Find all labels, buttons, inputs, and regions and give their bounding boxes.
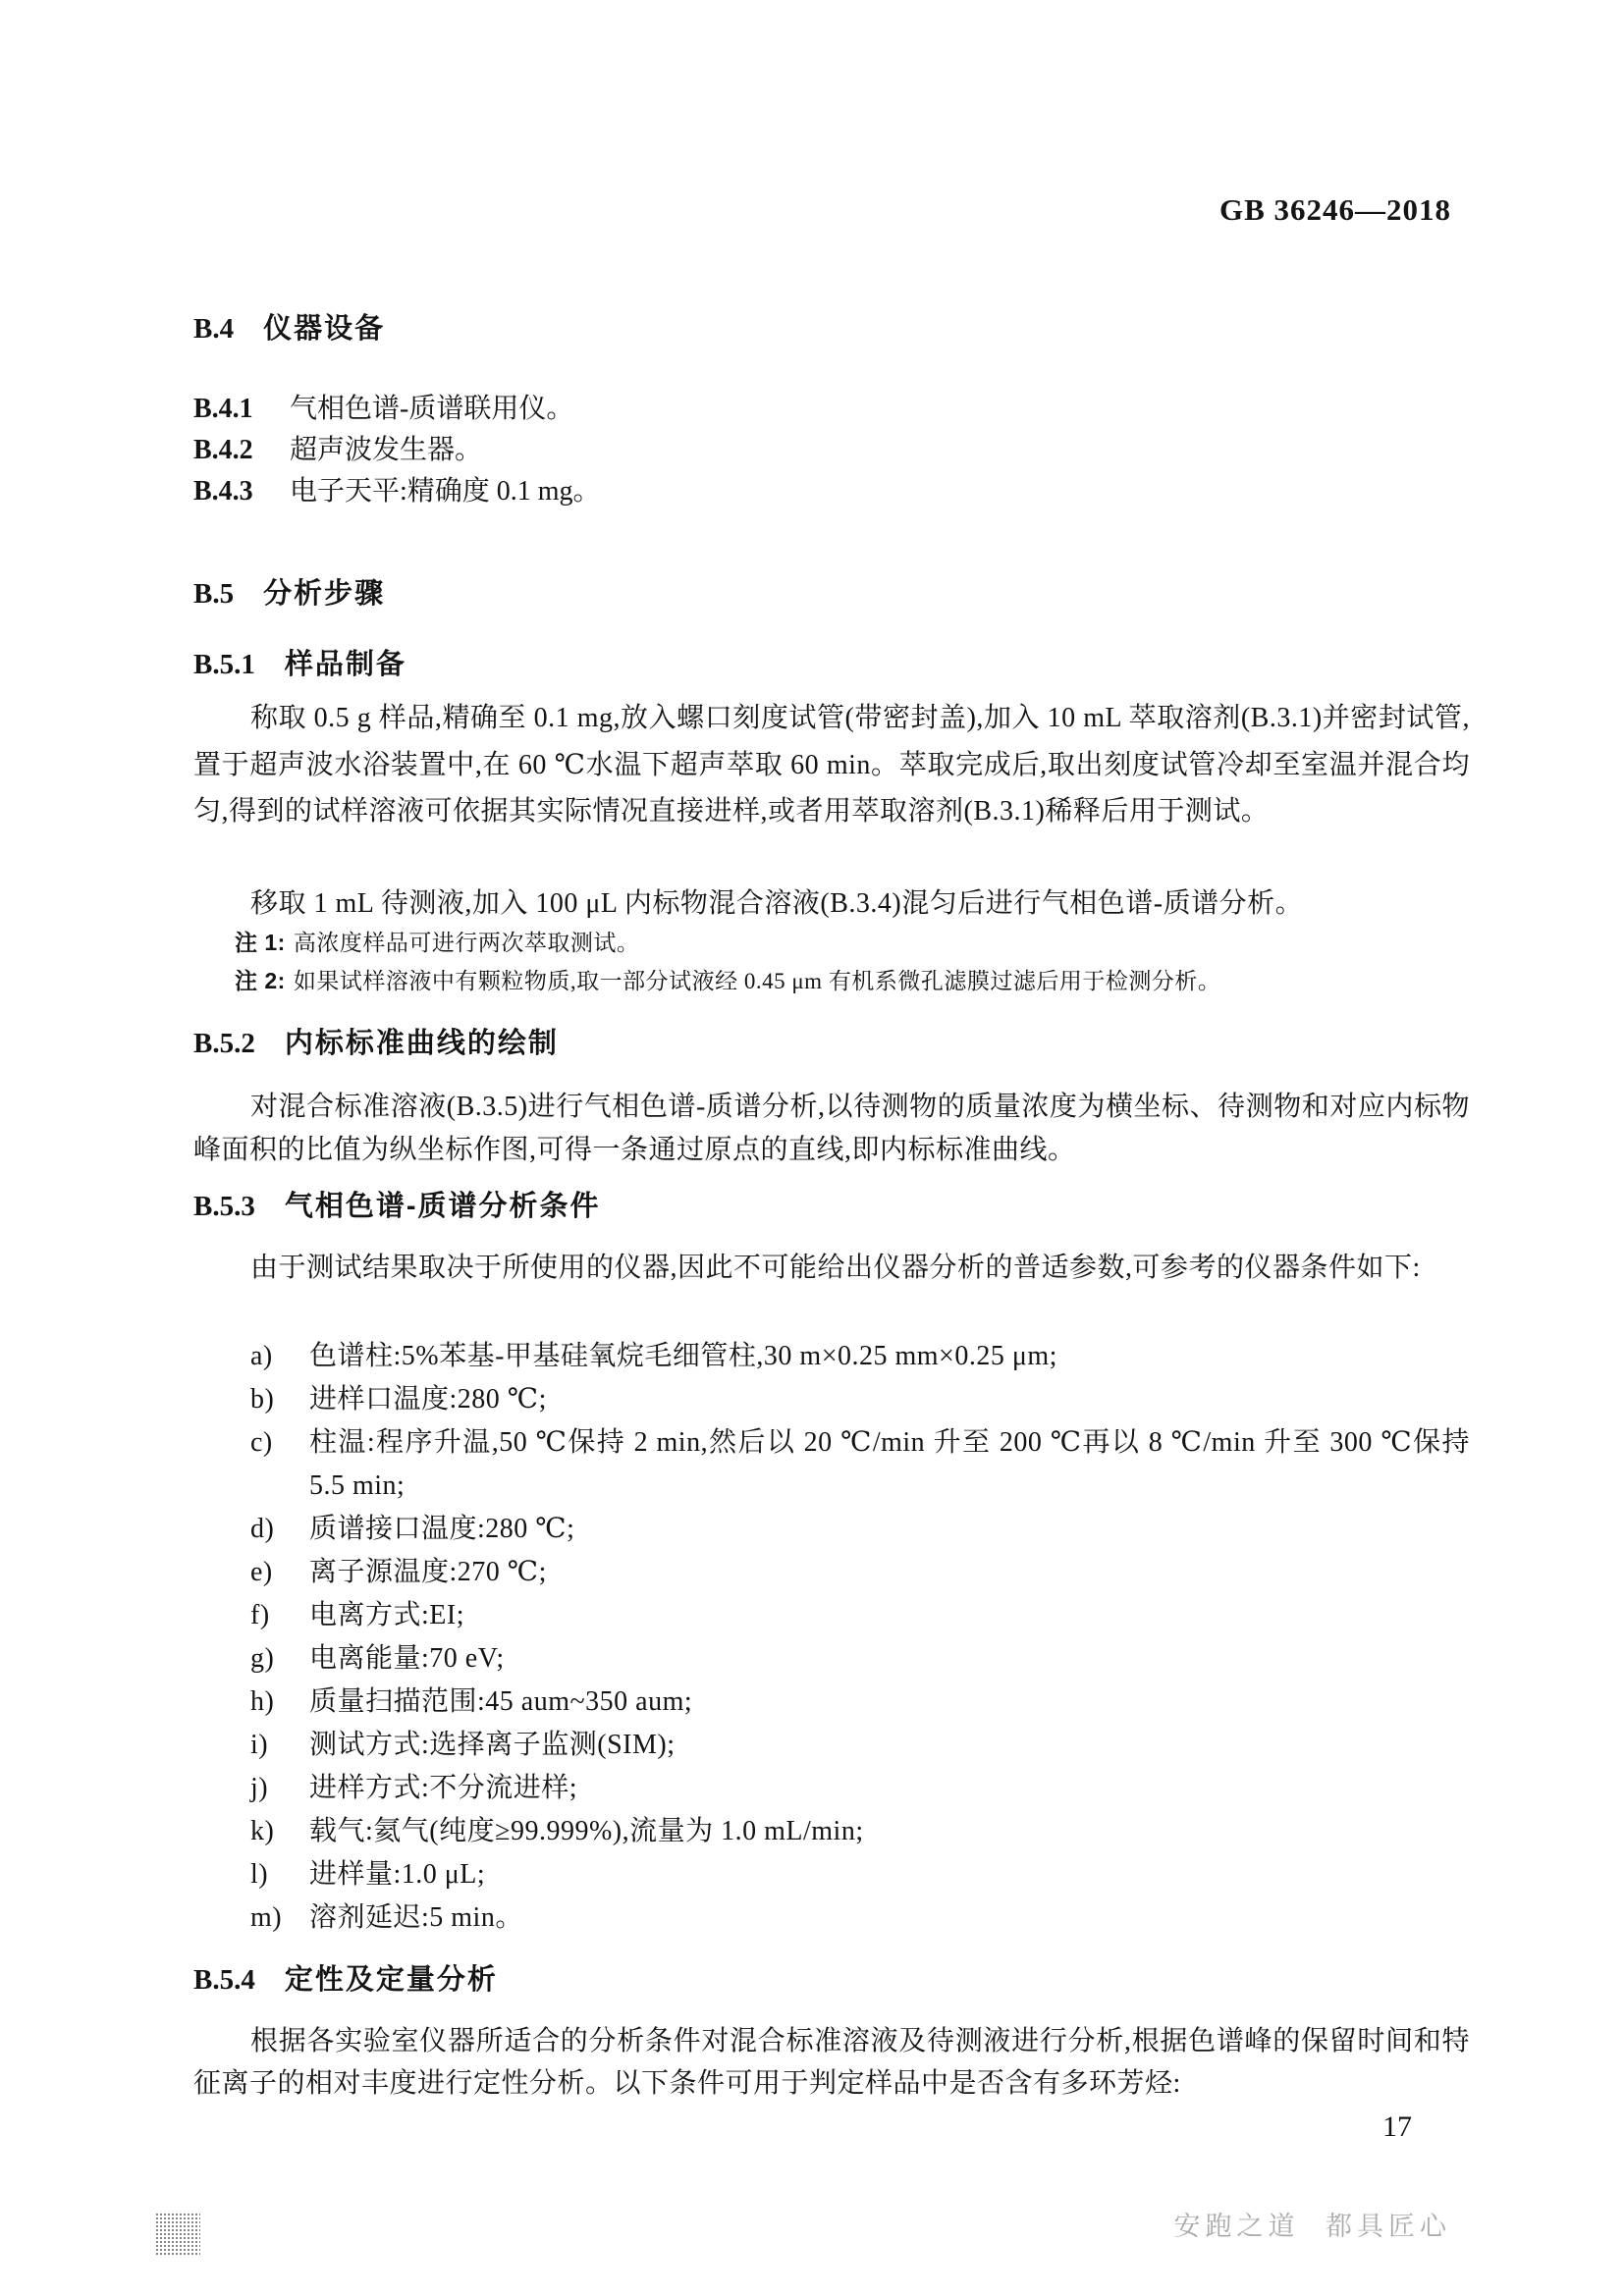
clause-number: B.4.2 <box>193 430 290 471</box>
b51-note-1: 注 1:高浓度样品可进行两次萃取测试。 <box>235 924 1470 962</box>
list-item-i: i)测试方式:选择离子监测(SIM); <box>193 1724 1470 1767</box>
b51-paragraph-1: 称取 0.5 g 样品,精确至 0.1 mg,放入螺口刻度试管(带密封盖),加入… <box>193 695 1470 835</box>
list-item-label: j) <box>250 1767 268 1810</box>
list-item-label: m) <box>250 1896 282 1940</box>
list-item-b: b)进样口温度:280 ℃; <box>193 1378 1470 1421</box>
section-b4-title: 仪器设备 <box>263 313 385 345</box>
section-b52-heading: B.5.2内标标准曲线的绘制 <box>193 1027 1470 1060</box>
list-item-c: c)柱温:程序升温,50 ℃保持 2 min,然后以 20 ℃/min 升至 2… <box>193 1421 1470 1508</box>
list-item-text: 色谱柱:5%苯基-甲基硅氧烷毛细管柱,30 m×0.25 mm×0.25 μm; <box>309 1341 1057 1371</box>
section-b52-number: B.5.2 <box>193 1028 255 1059</box>
section-b53-heading: B.5.3气相色谱-质谱分析条件 <box>193 1190 1470 1223</box>
list-item-text: 溶剂延迟:5 min。 <box>309 1902 523 1933</box>
clause-number: B.4.1 <box>193 389 290 430</box>
clause-b4-2: B.4.2超声波发生器。 <box>193 430 1470 471</box>
list-item-label: l) <box>250 1853 268 1896</box>
list-item-label: i) <box>250 1724 268 1767</box>
section-b54-heading: B.5.4定性及定量分析 <box>193 1963 1470 1997</box>
watermark: 安跑之道 都具匠心 <box>1173 2205 1451 2243</box>
list-item-d: d)质谱接口温度:280 ℃; <box>193 1508 1470 1551</box>
scan-stamp-mark <box>155 2213 200 2256</box>
list-item-text: 电离方式:EI; <box>309 1600 464 1630</box>
document-page: GB 36246—2018 B.4仪器设备 B.4.1气相色谱-质谱联用仪。 B… <box>0 0 1624 2296</box>
list-item-f: f)电离方式:EI; <box>193 1594 1470 1637</box>
note-text: 高浓度样品可进行两次萃取测试。 <box>294 931 640 955</box>
list-item-text: 进样口温度:280 ℃; <box>309 1384 547 1415</box>
section-b5-title: 分析步骤 <box>263 578 385 610</box>
clause-text: 超声波发生器。 <box>290 435 482 465</box>
list-item-j: j)进样方式:不分流进样; <box>193 1767 1470 1810</box>
section-b5-heading: B.5分析步骤 <box>193 577 1470 611</box>
list-item-label: c) <box>250 1421 273 1465</box>
list-item-g: g)电离能量:70 eV; <box>193 1637 1470 1681</box>
b51-note-2: 注 2:如果试样溶液中有颗粒物质,取一部分试液经 0.45 μm 有机系微孔滤膜… <box>235 962 1470 1000</box>
clause-text: 气相色谱-质谱联用仪。 <box>290 394 573 424</box>
clause-number: B.4.3 <box>193 471 290 512</box>
b54-paragraph: 根据各实验室仪器所适合的分析条件对混合标准溶液及待测液进行分析,根据色谱峰的保留… <box>193 2020 1470 2105</box>
list-item-m: m)溶剂延迟:5 min。 <box>193 1896 1470 1940</box>
b4-clause-list: B.4.1气相色谱-质谱联用仪。 B.4.2超声波发生器。 B.4.3电子天平:… <box>193 389 1470 512</box>
section-b51-number: B.5.1 <box>193 649 255 680</box>
note-label: 注 2: <box>235 968 286 993</box>
section-b51-heading: B.5.1样品制备 <box>193 648 1470 681</box>
document-body: B.4仪器设备 B.4.1气相色谱-质谱联用仪。 B.4.2超声波发生器。 B.… <box>193 0 1470 2296</box>
b53-paragraph: 由于测试结果取决于所使用的仪器,因此不可能给出仪器分析的普适参数,可参考的仪器条… <box>193 1247 1470 1290</box>
page-number: 17 <box>1382 2110 1412 2144</box>
list-item-text: 载气:氦气(纯度≥99.999%),流量为 1.0 mL/min; <box>309 1816 864 1846</box>
note-label: 注 1: <box>235 930 286 955</box>
clause-b4-3: B.4.3电子天平:精确度 0.1 mg。 <box>193 471 1470 512</box>
list-item-text: 离子源温度:270 ℃; <box>309 1557 547 1587</box>
list-item-label: e) <box>250 1551 273 1594</box>
list-item-text: 进样量:1.0 μL; <box>309 1859 485 1890</box>
list-item-text: 质谱接口温度:280 ℃; <box>309 1514 574 1544</box>
list-item-text: 电离能量:70 eV; <box>309 1643 505 1674</box>
list-item-label: a) <box>250 1335 273 1378</box>
section-b54-number: B.5.4 <box>193 1964 255 1996</box>
list-item-a: a)色谱柱:5%苯基-甲基硅氧烷毛细管柱,30 m×0.25 mm×0.25 μ… <box>193 1335 1470 1378</box>
list-item-l: l)进样量:1.0 μL; <box>193 1853 1470 1896</box>
list-item-text: 柱温:程序升温,50 ℃保持 2 min,然后以 20 ℃/min 升至 200… <box>309 1427 1470 1501</box>
list-item-label: k) <box>250 1810 274 1853</box>
b52-paragraph: 对混合标准溶液(B.3.5)进行气相色谱-质谱分析,以待测物的质量浓度为横坐标、… <box>193 1086 1470 1172</box>
list-item-label: b) <box>250 1378 274 1421</box>
section-b4-number: B.4 <box>193 313 234 345</box>
b51-paragraph-2: 移取 1 mL 待测液,加入 100 μL 内标物混合溶液(B.3.4)混匀后进… <box>193 881 1470 928</box>
list-item-text: 质量扫描范围:45 aum~350 aum; <box>309 1686 692 1717</box>
list-item-e: e)离子源温度:270 ℃; <box>193 1551 1470 1594</box>
list-item-label: g) <box>250 1637 274 1681</box>
list-item-h: h)质量扫描范围:45 aum~350 aum; <box>193 1681 1470 1724</box>
section-b52-title: 内标标准曲线的绘制 <box>285 1028 559 1059</box>
list-item-text: 测试方式:选择离子监测(SIM); <box>309 1730 676 1760</box>
clause-b4-1: B.4.1气相色谱-质谱联用仪。 <box>193 389 1470 430</box>
section-b53-title: 气相色谱-质谱分析条件 <box>285 1191 601 1222</box>
section-b51-title: 样品制备 <box>285 649 406 680</box>
section-b5-number: B.5 <box>193 578 234 610</box>
b53-condition-list: a)色谱柱:5%苯基-甲基硅氧烷毛细管柱,30 m×0.25 mm×0.25 μ… <box>193 1335 1470 1940</box>
section-b54-title: 定性及定量分析 <box>285 1964 498 1996</box>
list-item-k: k)载气:氦气(纯度≥99.999%),流量为 1.0 mL/min; <box>193 1810 1470 1853</box>
list-item-label: f) <box>250 1594 270 1637</box>
section-b4-heading: B.4仪器设备 <box>193 312 1470 346</box>
list-item-text: 进样方式:不分流进样; <box>309 1773 577 1803</box>
list-item-label: h) <box>250 1681 274 1724</box>
section-b53-number: B.5.3 <box>193 1191 255 1222</box>
note-text: 如果试样溶液中有颗粒物质,取一部分试液经 0.45 μm 有机系微孔滤膜过滤后用… <box>294 969 1220 993</box>
list-item-label: d) <box>250 1508 274 1551</box>
clause-text: 电子天平:精确度 0.1 mg。 <box>290 476 601 507</box>
